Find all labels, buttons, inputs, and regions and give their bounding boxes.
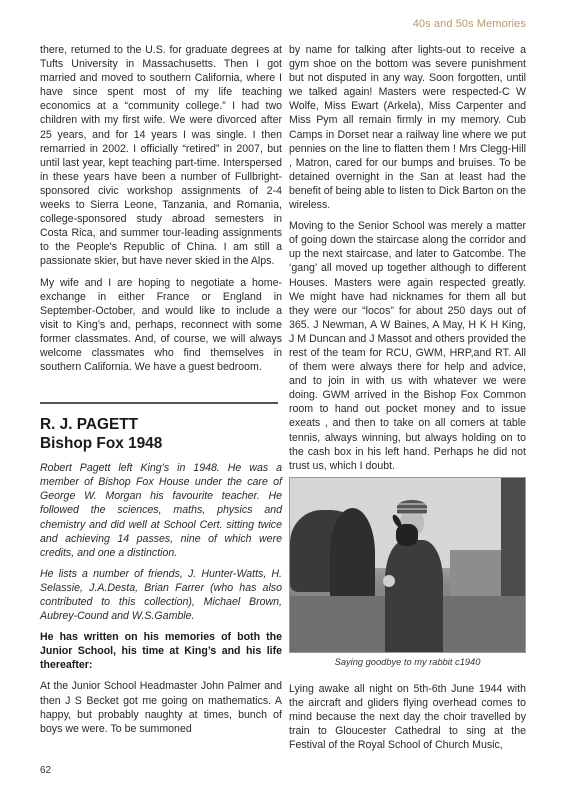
bio-name-heading: R. J. PAGETT <box>40 416 282 434</box>
bio-lead-in: He has written on his memories of both t… <box>40 630 282 672</box>
body-paragraph: Lying awake all night on 5th-6th June 19… <box>289 682 526 752</box>
photo-figure: Saying goodbye to my rabbit c1940 <box>289 477 526 668</box>
bio-house-heading: Bishop Fox 1948 <box>40 434 282 453</box>
body-paragraph: My wife and I are hoping to negotiate a … <box>40 276 282 375</box>
page-number: 62 <box>40 765 51 776</box>
running-head: 40s and 50s Memories <box>413 18 526 30</box>
body-paragraph: At the Junior School Headmaster John Pal… <box>40 679 282 735</box>
right-column: by name for talking after lights-out to … <box>289 43 526 752</box>
left-column: there, returned to the U.S. for graduate… <box>40 43 282 736</box>
photo-trees <box>330 508 375 598</box>
photo-boy-with-rabbit <box>289 477 526 653</box>
photo-boy <box>385 540 443 653</box>
section-divider <box>40 402 278 404</box>
photo-hand <box>383 575 395 587</box>
photo-cap <box>397 500 427 514</box>
body-paragraph: there, returned to the U.S. for graduate… <box>40 43 282 269</box>
photo-caption: Saying goodbye to my rabbit c1940 <box>289 656 526 668</box>
photo-rabbit <box>396 524 418 546</box>
bio-intro-paragraph: Robert Pagett left King’s in 1948. He wa… <box>40 461 282 560</box>
body-paragraph: Moving to the Senior School was merely a… <box>289 219 526 473</box>
bio-friends-paragraph: He lists a number of friends, J. Hunter-… <box>40 567 282 623</box>
photo-ivy <box>501 478 525 598</box>
body-paragraph: by name for talking after lights-out to … <box>289 43 526 212</box>
